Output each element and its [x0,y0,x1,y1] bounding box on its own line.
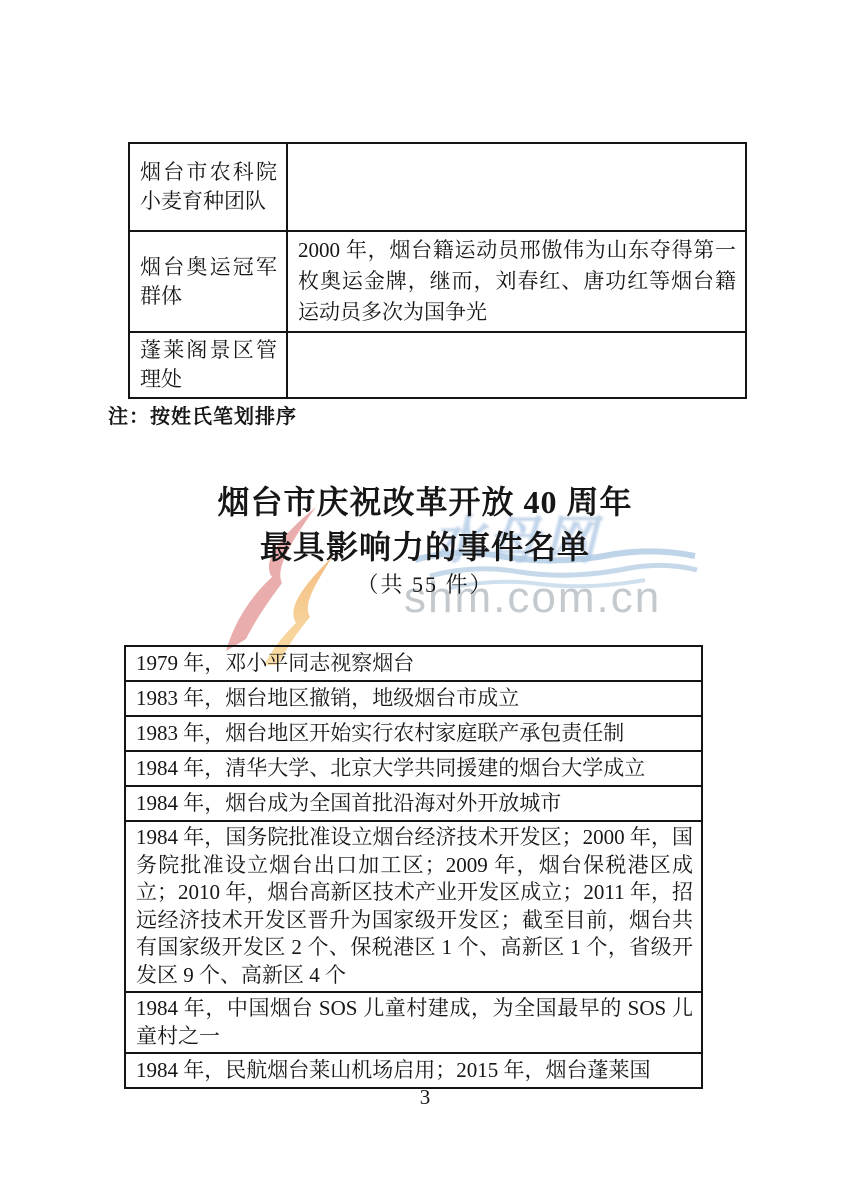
event-cell: 1984 年，中国烟台 SOS 儿童村建成，为全国最早的 SOS 儿童村之一 [125,992,702,1053]
sorting-note: 注：按姓氏笔划排序 [108,400,297,429]
honoree-name-cell: 烟台市农科院小麦育种团队 [129,143,287,231]
honoree-detail-cell [287,332,746,398]
page-title-line2: 最具影响力的事件名单 [0,522,850,568]
table-row: 1984 年，中国烟台 SOS 儿童村建成，为全国最早的 SOS 儿童村之一 [125,992,702,1053]
event-cell: 1984 年，民航烟台莱山机场启用；2015 年，烟台蓬莱国 [125,1053,702,1088]
table-row: 1984 年，国务院批准设立烟台经济技术开发区；2000 年，国务院批准设立烟台… [125,821,702,992]
table-row: 烟台市农科院小麦育种团队 [129,143,746,231]
table-row: 1979 年，邓小平同志视察烟台 [125,646,702,681]
table-row: 1984 年，烟台成为全国首批沿海对外开放城市 [125,786,702,821]
document-page: 烟台市农科院小麦育种团队 烟台奥运冠军群体 2000 年，烟台籍运动员邢傲伟为山… [0,0,850,1202]
table-row: 1984 年，民航烟台莱山机场启用；2015 年，烟台蓬莱国 [125,1053,702,1088]
table-row: 1984 年，清华大学、北京大学共同援建的烟台大学成立 [125,751,702,786]
honoree-name-cell: 烟台奥运冠军群体 [129,231,287,332]
page-subtitle: （共 55 件） [0,568,850,599]
event-cell: 1984 年，国务院批准设立烟台经济技术开发区；2000 年，国务院批准设立烟台… [125,821,702,992]
honoree-name-cell: 蓬莱阁景区管理处 [129,332,287,398]
honoree-detail-cell [287,143,746,231]
event-cell: 1983 年，烟台地区开始实行农村家庭联产承包责任制 [125,716,702,751]
event-cell: 1983 年，烟台地区撤销，地级烟台市成立 [125,681,702,716]
honoree-detail-cell: 2000 年，烟台籍运动员邢傲伟为山东夺得第一枚奥运金牌，继而，刘春红、唐功红等… [287,231,746,332]
events-table: 1979 年，邓小平同志视察烟台 1983 年，烟台地区撤销，地级烟台市成立 1… [124,645,703,1089]
honorees-table: 烟台市农科院小麦育种团队 烟台奥运冠军群体 2000 年，烟台籍运动员邢傲伟为山… [128,142,747,399]
page-number: 3 [0,1085,850,1110]
event-cell: 1984 年，清华大学、北京大学共同援建的烟台大学成立 [125,751,702,786]
page-title-line1: 烟台市庆祝改革开放 40 周年 [0,477,850,523]
event-cell: 1979 年，邓小平同志视察烟台 [125,646,702,681]
event-cell: 1984 年，烟台成为全国首批沿海对外开放城市 [125,786,702,821]
table-row: 蓬莱阁景区管理处 [129,332,746,398]
table-row: 1983 年，烟台地区撤销，地级烟台市成立 [125,681,702,716]
table-row: 1983 年，烟台地区开始实行农村家庭联产承包责任制 [125,716,702,751]
table-row: 烟台奥运冠军群体 2000 年，烟台籍运动员邢傲伟为山东夺得第一枚奥运金牌，继而… [129,231,746,332]
